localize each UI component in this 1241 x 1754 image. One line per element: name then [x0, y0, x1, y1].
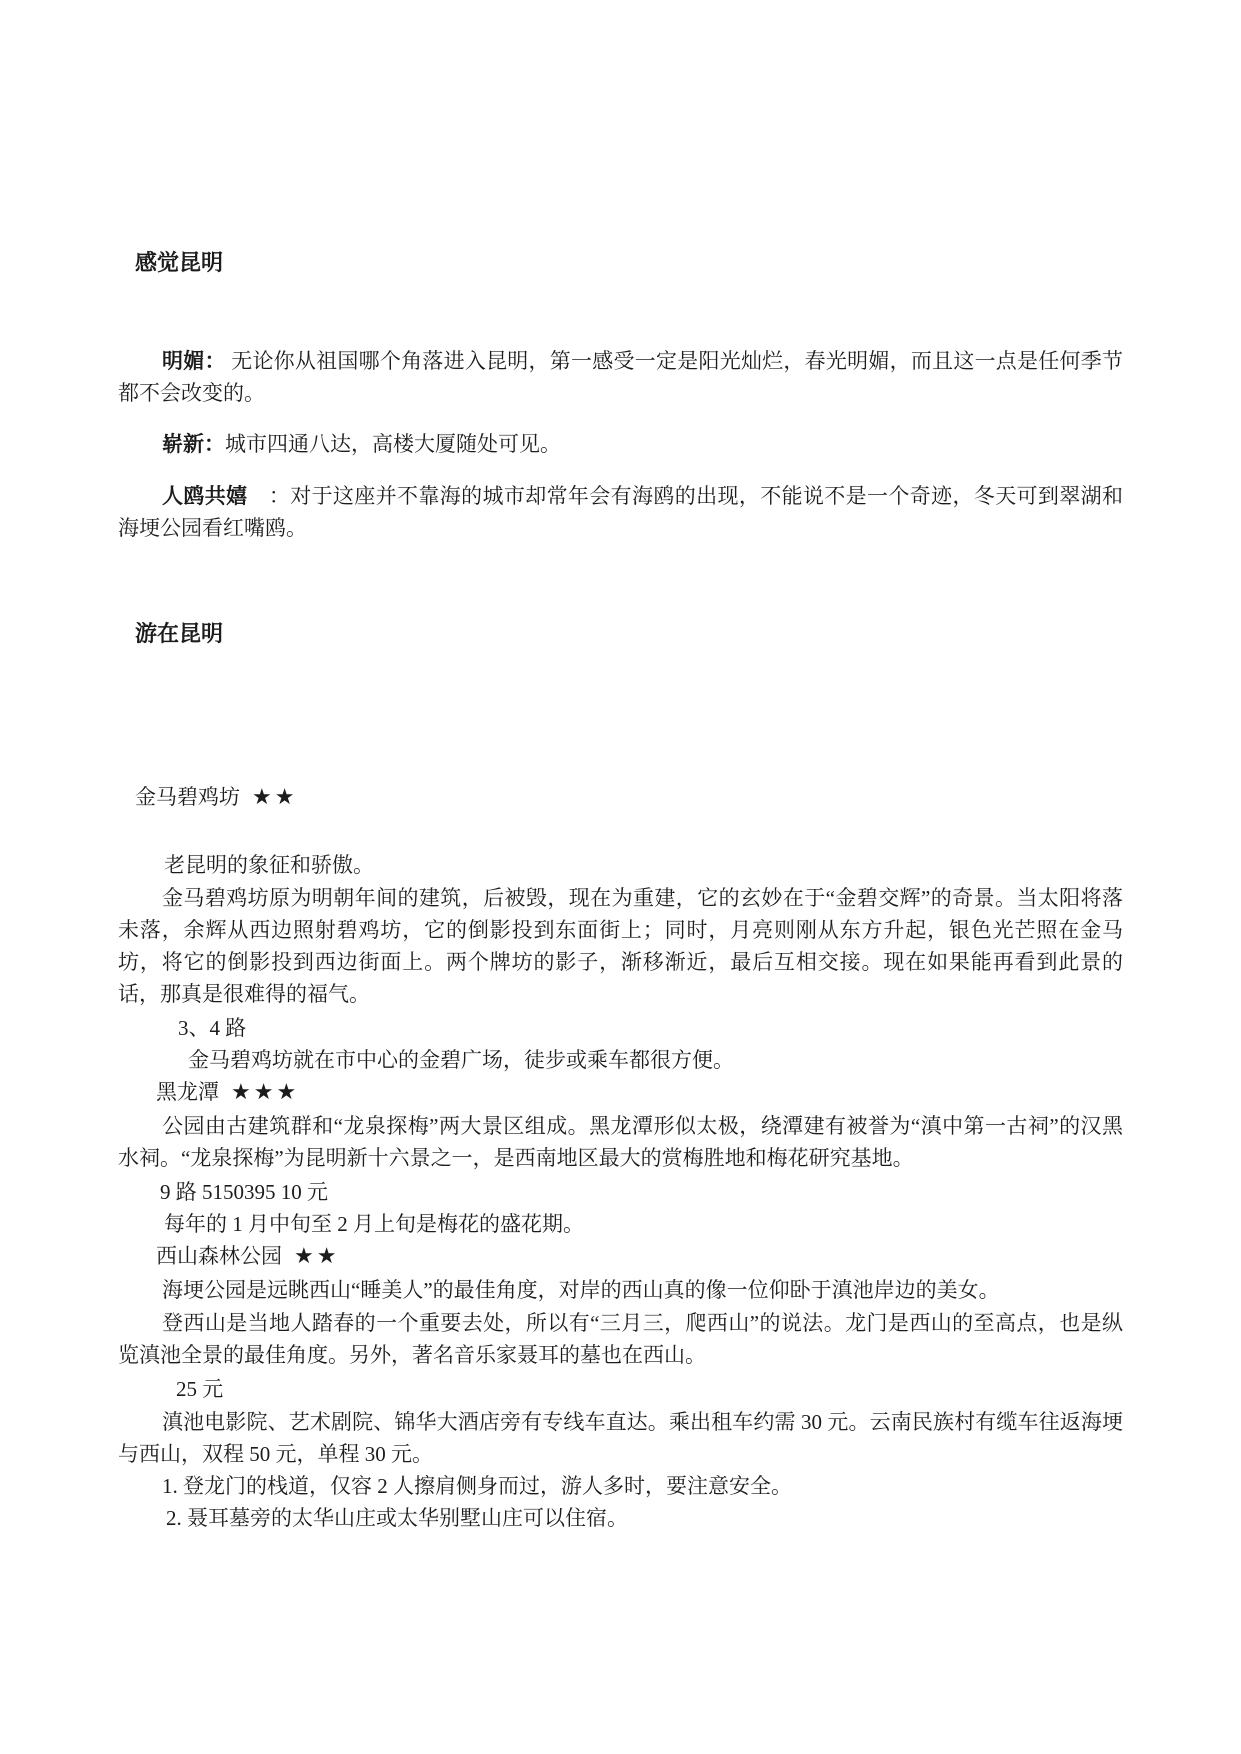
spot-name-xishan: 西山森林公园 — [156, 1244, 282, 1268]
spot-note-1-xishan: 1. 登龙门的栈道，仅容 2 人擦肩侧身而过，游人多时，要注意安全。 — [118, 1470, 1123, 1502]
lead-sunny: 明媚： — [162, 349, 226, 373]
colon-people-gulls: ： — [247, 484, 290, 508]
heading-feel-kunming: 感觉昆明 — [135, 246, 1123, 280]
spot-intro-jinma: 老昆明的象征和骄傲。 — [118, 849, 1123, 881]
spot-access-jinma: 金马碧鸡坊就在市中心的金碧广场，徒步或乘车都很方便。 — [118, 1044, 1123, 1076]
lead-people-gulls: 人鸥共嬉 — [162, 484, 247, 508]
spot-transport-xishan: 滇池电影院、艺术剧院、锦华大酒店旁有专线车直达。乘出租车约需 30 元。云南民族… — [118, 1406, 1123, 1470]
star-rating-jinma: ★★ — [252, 785, 297, 810]
spot-title-black-dragon-pool: 黑龙潭★★★ — [156, 1076, 1123, 1109]
spot-name-jinma: 金马碧鸡坊 — [135, 785, 240, 809]
star-rating-heilongtan: ★★★ — [231, 1080, 299, 1105]
spot-bus-phone-price-heilongtan: 9 路 5150395 10 元 — [118, 1176, 1123, 1208]
text-sunny: 无论你从祖国哪个角落进入昆明，第一感受一定是阳光灿烂，春光明媚，而且这一点是任何… — [118, 349, 1123, 405]
spot-description-heilongtan: 公园由古建筑群和“龙泉探梅”两大景区组成。黑龙潭形似太极，绕潭建有被誉为“滇中第… — [118, 1110, 1123, 1174]
document-content: 感觉昆明 明媚： 无论你从祖国哪个角落进入昆明，第一感受一定是阳光灿烂，春光明媚… — [0, 0, 1241, 1534]
star-rating-xishan: ★★ — [294, 1244, 339, 1269]
spot-price-xishan: 25 元 — [118, 1373, 1123, 1405]
heading-tour-kunming: 游在昆明 — [135, 617, 1123, 651]
paragraph-brand-new: 崭新：城市四通八达，高楼大厦随处可见。 — [118, 428, 1123, 460]
spot-title-xishan-forest-park: 西山森林公园★★ — [156, 1240, 1123, 1273]
document-page: 感觉昆明 明媚： 无论你从祖国哪个角落进入昆明，第一感受一定是阳光灿烂，春光明媚… — [0, 0, 1241, 1754]
lead-brand-new: 崭新： — [162, 432, 225, 456]
spot-title-jinma-biji-archways: 金马碧鸡坊★★ — [135, 781, 1123, 814]
text-brand-new: 城市四通八达，高楼大厦随处可见。 — [225, 432, 561, 456]
paragraph-sunny: 明媚： 无论你从祖国哪个角落进入昆明，第一感受一定是阳光灿烂，春光明媚，而且这一… — [118, 345, 1123, 409]
spot-tip-heilongtan: 每年的 1 月中旬至 2 月上旬是梅花的盛花期。 — [118, 1208, 1123, 1240]
spot-bus-routes-jinma: 3、4 路 — [118, 1012, 1123, 1044]
paragraph-people-gulls: 人鸥共嬉 ：对于这座并不靠海的城市却常年会有海鸥的出现，不能说不是一个奇迹，冬天… — [118, 480, 1123, 544]
spot-description-jinma: 金马碧鸡坊原为明朝年间的建筑，后被毁，现在为重建，它的玄妙在于“金碧交辉”的奇景… — [118, 882, 1123, 1010]
spot-note-2-xishan: 2. 聂耳墓旁的太华山庄或太华别墅山庄可以住宿。 — [118, 1502, 1123, 1534]
spot-description1-xishan: 海埂公园是远眺西山“睡美人”的最佳角度，对岸的西山真的像一位仰卧于滇池岸边的美女… — [118, 1274, 1123, 1306]
spot-name-heilongtan: 黑龙潭 — [156, 1080, 219, 1104]
spot-description2-xishan: 登西山是当地人踏春的一个重要去处，所以有“三月三，爬西山”的说法。龙门是西山的至… — [118, 1307, 1123, 1371]
